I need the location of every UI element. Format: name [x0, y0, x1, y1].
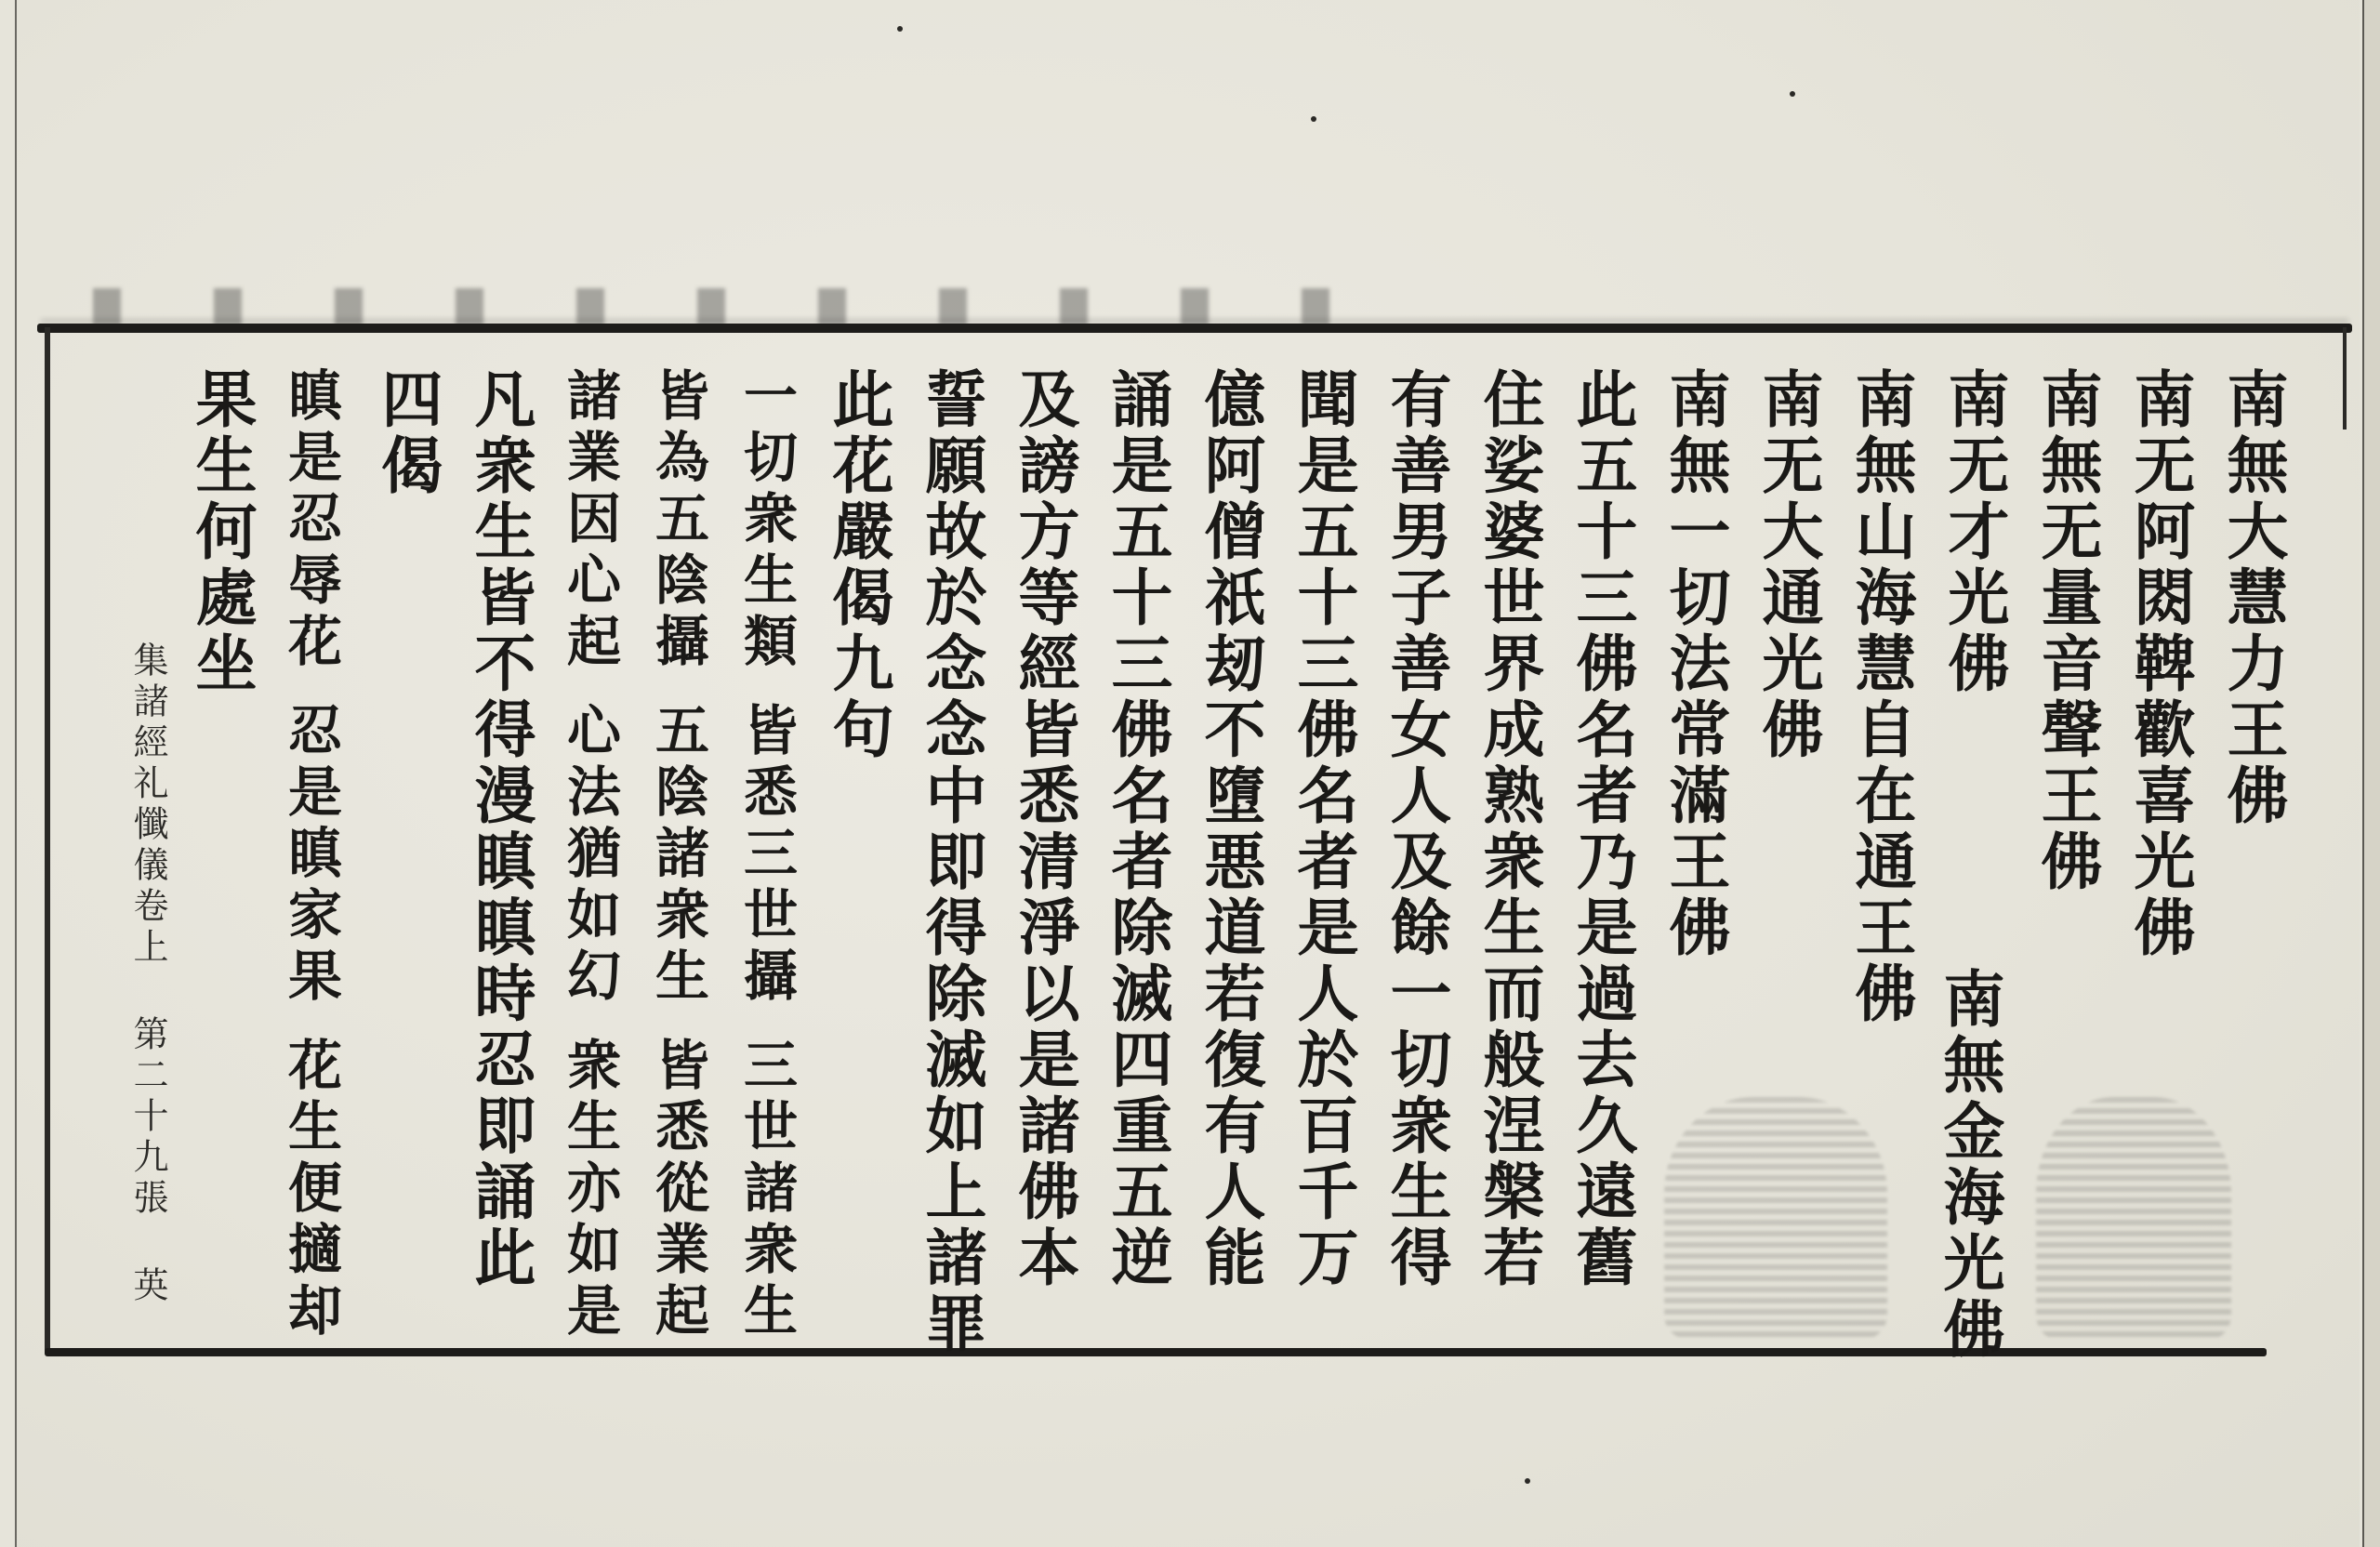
verse-column-22: 瞋是忍辱花忍是瞋家果花生便擿却 [284, 367, 337, 1343]
paper-speck [1790, 91, 1795, 97]
verse-line: 衆生亦如是 [558, 1037, 621, 1343]
ink-bleed-artifact [1664, 1097, 1887, 1339]
verse-line: 皆悉從業起 [646, 1037, 709, 1343]
paper-speck [897, 26, 903, 32]
text-column-2: 南无阿閦鞞歡喜光佛 [2129, 367, 2190, 961]
text-column-5: 南無山海慧自在通王佛 [1850, 367, 1911, 1027]
text-column-8: 此五十三佛名者乃是過去久遠舊 [1571, 367, 1633, 1291]
margin-note: 集諸經礼懺儀卷上 第二十九張 英 [130, 641, 165, 1307]
page-left-edge [15, 0, 17, 1547]
verse-line: 皆悉三世攝 [734, 702, 798, 1009]
text-column-16: 此花嚴偈九句 [827, 367, 889, 763]
print-frame-left [45, 327, 50, 1354]
verse-line: 忍是瞋家果 [279, 702, 342, 1009]
text-column-9: 住娑婆世界成熟衆生而般涅槃若 [1478, 367, 1540, 1291]
print-frame-right [2343, 327, 2347, 430]
verse-line: 三世諸衆生 [734, 1037, 798, 1343]
text-column-20: 凡衆生皆不得漫瞋瞋時忍即誦此 [469, 367, 531, 1291]
text-column-13: 誦是五十三佛名者除滅四重五逆 [1106, 367, 1168, 1291]
text-column-21: 四偈 [377, 367, 438, 499]
text-column-10: 有善男子善女人及餘一切衆生得 [1385, 367, 1447, 1291]
verse-line: 皆為五陰攝 [646, 367, 709, 674]
text-column-12: 億阿僧祇刼不墮悪道若復有人能 [1199, 367, 1261, 1291]
page-binding-strip [2364, 0, 2380, 1547]
text-column-3: 南無无量音聲王佛 [2036, 367, 2097, 895]
scanned-page [17, 0, 2360, 1547]
verse-line: 花生便擿却 [279, 1037, 342, 1343]
text-column-4-lower: 南無金海光佛 [1938, 967, 2000, 1363]
verse-line: 一切衆生類 [734, 367, 798, 674]
verse-column-19: 諸業因心起心法猶如幻衆生亦如是 [562, 367, 616, 1343]
verse-line: 五陰諸衆生 [646, 702, 709, 1009]
paper-speck [1525, 1478, 1530, 1484]
frame-top-ink-bleed [56, 288, 1357, 325]
text-column-23: 果生何處坐 [191, 367, 252, 697]
text-column-7: 南無一切法常滿王佛 [1664, 367, 1725, 961]
text-column-15: 誓願故於念念中即得除滅如上諸罪 [920, 367, 982, 1357]
paper-speck [1311, 116, 1316, 122]
verse-line: 諸業因心起 [558, 367, 621, 674]
print-frame-top [37, 324, 2352, 333]
verse-column-18: 皆為五陰攝五陰諸衆生皆悉從業起 [651, 367, 705, 1343]
verse-line: 心法猶如幻 [558, 702, 621, 1009]
text-column-11: 聞是五十三佛名者是人於百千万 [1292, 367, 1354, 1291]
text-column-4-upper: 南无才光佛 [1943, 367, 2004, 697]
text-column-14: 及謗方等經皆悉清淨以是諸佛本 [1013, 367, 1075, 1291]
verse-column-17: 一切衆生類皆悉三世攝三世諸衆生 [739, 367, 793, 1343]
verse-line: 瞋是忍辱花 [279, 367, 342, 674]
ink-bleed-artifact [2036, 1097, 2231, 1339]
text-column-6: 南无大通光佛 [1757, 367, 1818, 763]
text-column-1: 南無大慧力王佛 [2222, 367, 2283, 829]
